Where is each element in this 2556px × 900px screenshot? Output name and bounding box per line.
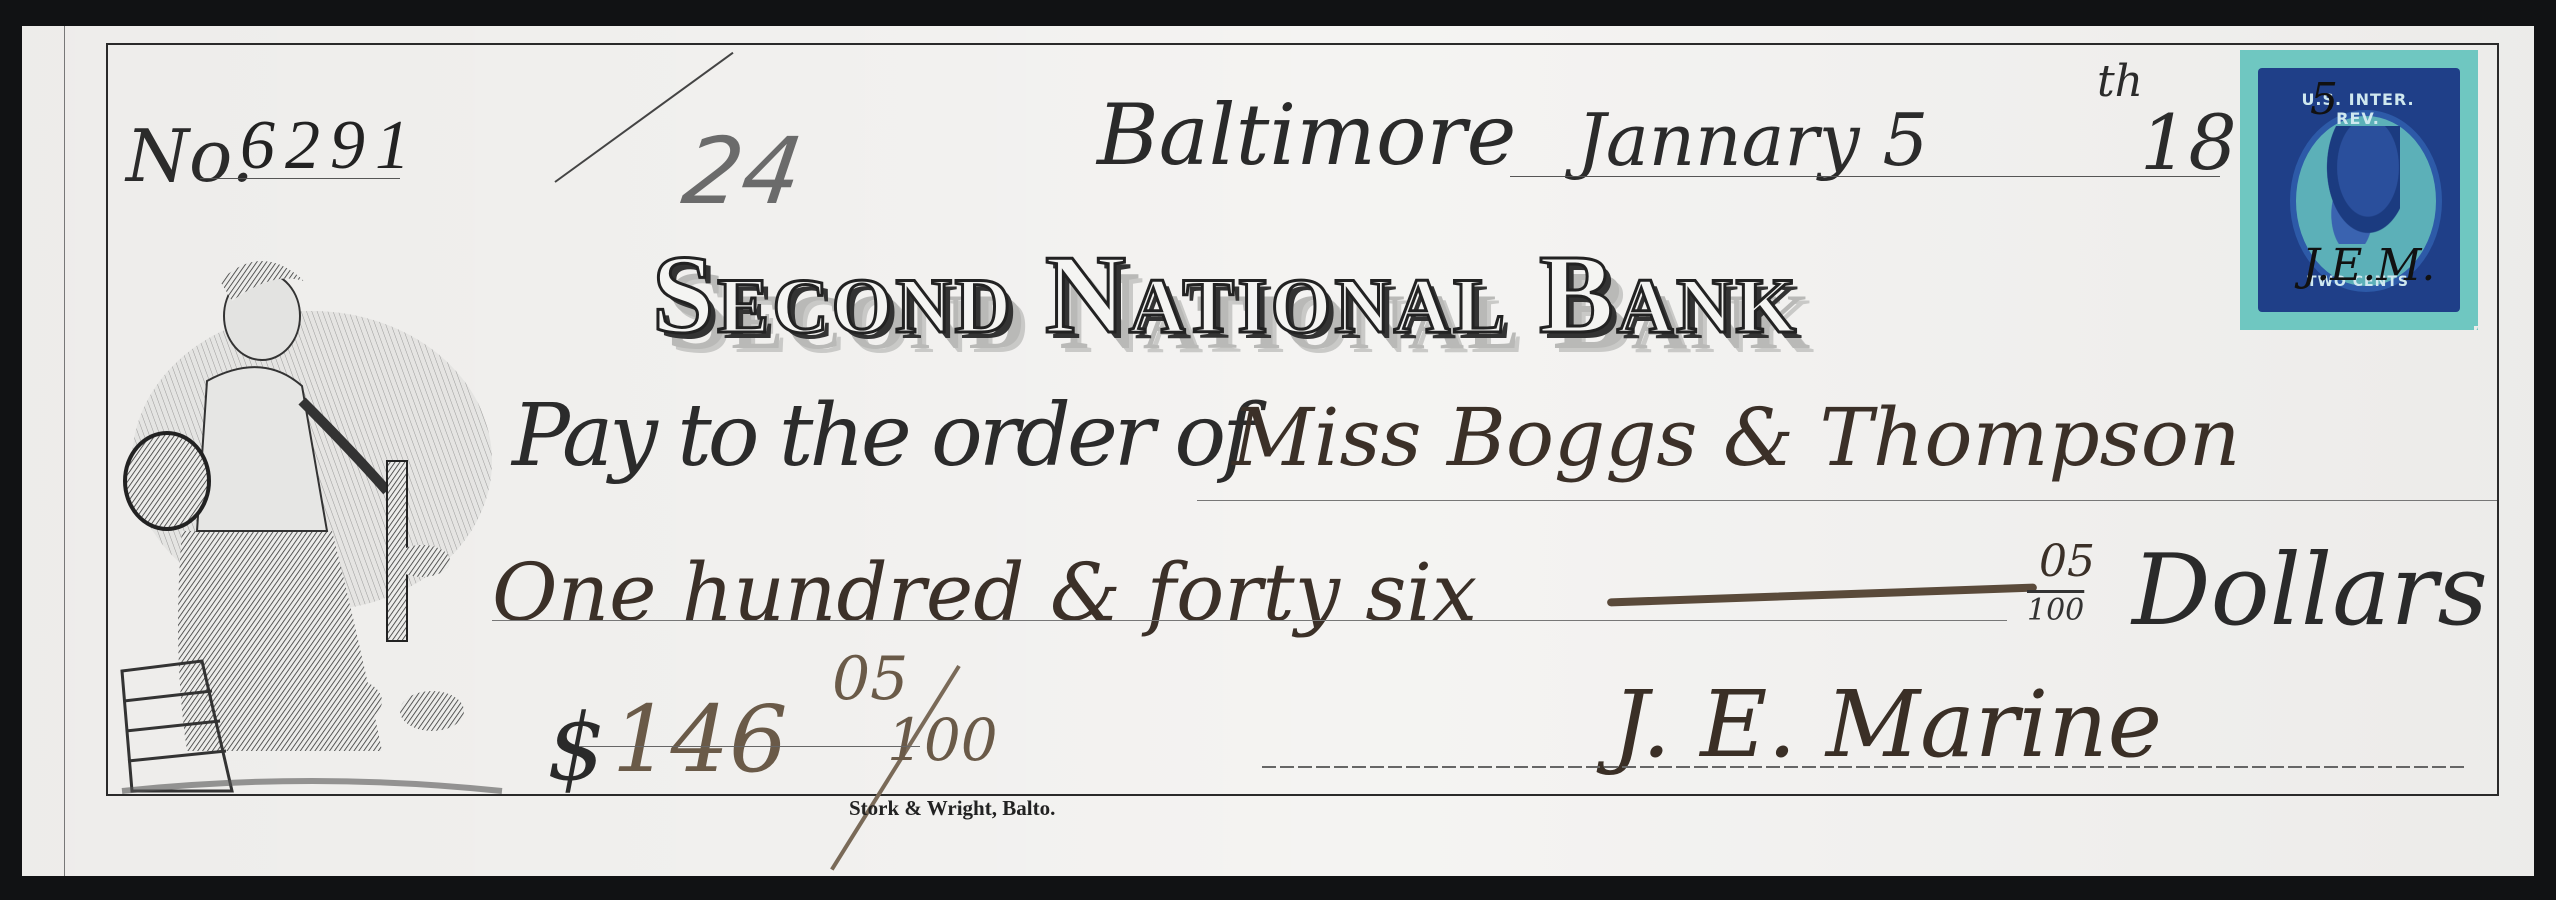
payee-field: Miss Boggs & Thompson bbox=[1232, 391, 2240, 484]
perforated-edge bbox=[14, 26, 30, 876]
amount-figure: 146 bbox=[612, 686, 788, 793]
woman-feeding-chickens-icon bbox=[112, 231, 512, 801]
date-rule bbox=[1510, 176, 2220, 177]
signature: J. E. Marine bbox=[1612, 671, 2162, 778]
date-field: Jannary 5 bbox=[1577, 98, 1928, 182]
date-suffix: th bbox=[2097, 56, 2143, 107]
amount-figure-rule bbox=[580, 746, 920, 747]
pay-to-label: Pay to the order of bbox=[512, 386, 1250, 486]
stub-margin-line bbox=[64, 26, 65, 876]
check-number-value: 6291 bbox=[240, 106, 420, 186]
dollars-label: Dollars bbox=[2132, 534, 2488, 648]
liberty-head-icon bbox=[2320, 126, 2400, 244]
cents-numerator: 05 bbox=[2039, 536, 2095, 587]
bank-check: No. 6291 24 Baltimore Jannary 5 th 1877 … bbox=[22, 26, 2534, 876]
city-label: Baltimore bbox=[1097, 86, 1516, 184]
stamp-cancel-top: 5 bbox=[2310, 74, 2338, 125]
revenue-stamp: U.S. INTER. REV. TWO CENTS 5 J.E.M. bbox=[2240, 50, 2478, 330]
cents-denominator: 100 bbox=[2027, 593, 2084, 628]
payee-rule bbox=[1197, 500, 2497, 501]
stamp-cancel-initials: J.E.M. bbox=[2302, 240, 2435, 291]
amount-figure-denominator: 100 bbox=[887, 706, 998, 774]
stamp-top-text: U.S. INTER. REV. bbox=[2278, 90, 2438, 128]
dollar-sign: $ bbox=[547, 694, 606, 801]
printer-imprint: Stork & Wright, Balto. bbox=[849, 796, 1055, 821]
amount-words-rule bbox=[492, 620, 2007, 621]
bank-name-heading: Second National Bank bbox=[652, 231, 1799, 360]
check-number-rule bbox=[200, 178, 400, 179]
signature-rule bbox=[1262, 766, 2467, 768]
pencil-notation: 24 bbox=[676, 118, 808, 225]
check-number-label: No. bbox=[126, 114, 254, 198]
amount-figure-cents: 05 bbox=[832, 644, 908, 714]
amount-words-field: One hundred & forty six bbox=[492, 546, 1477, 639]
